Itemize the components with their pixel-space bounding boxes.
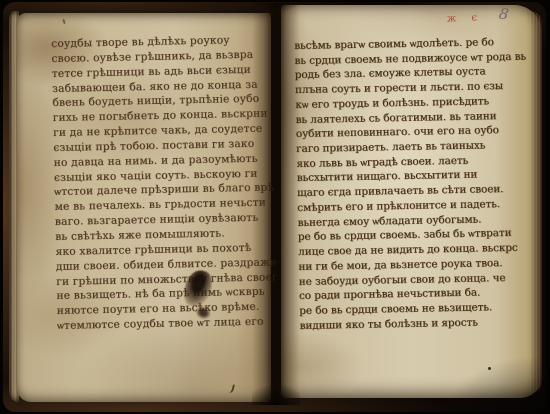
left-page-text: соудбы творе вь дѣлѣхь роукоусвоєю. оувѣ… xyxy=(51,33,269,334)
left-page: соудбы творе вь дѣлѣхь роукоусвоєю. оувѣ… xyxy=(17,13,271,402)
right-page: ж є 8 вьсѣмь врагѡ своимь ѡдолѣеть. ре б… xyxy=(281,5,542,398)
scribble-mark xyxy=(227,383,235,393)
margin-mark xyxy=(62,19,65,24)
folio-number: 8 xyxy=(498,4,511,23)
quire-mark: ж є xyxy=(447,12,483,24)
manuscript-text-line: ѡтемлютсе соудбы твое ѡт лица его xyxy=(57,315,269,334)
ink-speck xyxy=(488,367,491,370)
right-page-text: вьсѣмь врагѡ своимь ѡдолѣеть. ре бовь ср… xyxy=(294,34,538,333)
manuscript-photo: соудбы творе вь дѣлѣхь роукоусвоєю. оувѣ… xyxy=(0,0,550,414)
